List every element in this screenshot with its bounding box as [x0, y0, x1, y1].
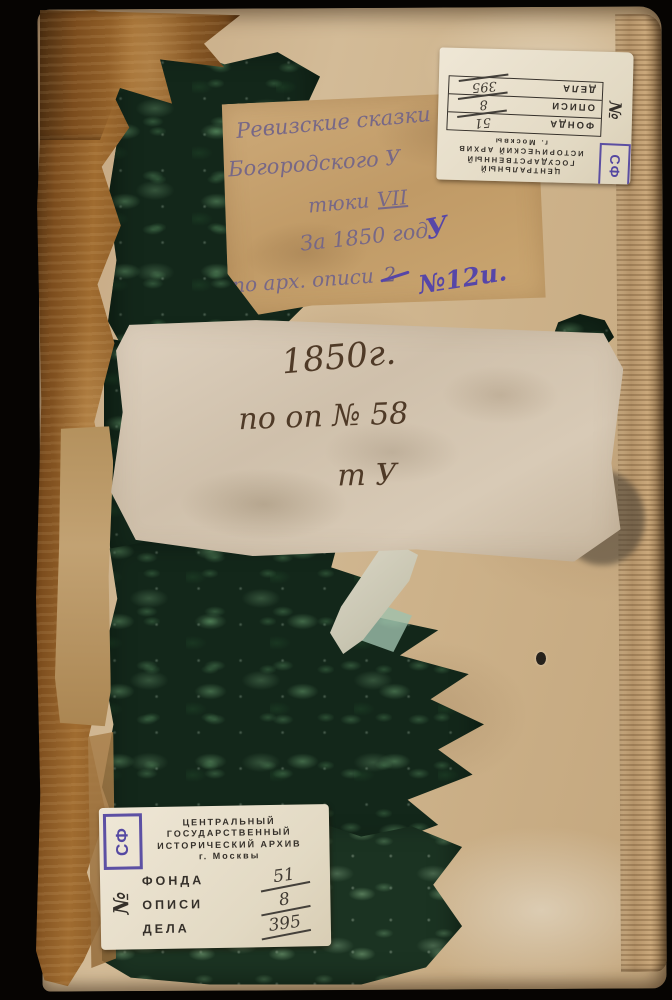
archive-book-photo: Ревизские сказки Богородского У тюкиVII … [0, 0, 672, 1000]
sf-purple-box-stamp: СФ [103, 813, 143, 870]
year-line: 1850г. [280, 333, 398, 383]
volume-numeral: VII [376, 185, 408, 212]
sf-code: СФ [606, 154, 623, 179]
fond-value: 51 [461, 114, 504, 132]
delo-value: 395 [263, 911, 307, 937]
opis-line: по оп № 58 [238, 396, 409, 437]
archive-org-name: ЦЕНТРАЛЬНЫЙ ГОСУДАРСТВЕННЫЙ ИСТОРИЧЕСКИЙ… [138, 815, 321, 863]
title-line-3-word: тюки [307, 188, 370, 217]
title-line-1: Ревизские сказки [235, 102, 431, 143]
title-line-2: Богородского У [227, 146, 401, 182]
stamp-field-table: ФОНДА 51 ОПИСИ 8 ДЕЛА 395 [134, 863, 322, 938]
numero-sign: № [604, 101, 625, 120]
field-opis: ОПИСИ 8 [134, 887, 322, 914]
fond-label: ФОНДА [142, 873, 205, 888]
archive-stamp-paper-bottom: СФ ЦЕНТРАЛЬНЫЙ ГОСУДАРСТВЕННЫЙ ИСТОРИЧЕС… [99, 804, 331, 950]
stamp-fields: № ФОНДА 51 ОПИСИ 8 ДЕЛА 395 [109, 863, 322, 939]
sf-purple-box-stamp: СФ [598, 143, 631, 185]
opis-label: ОПИСИ [142, 897, 203, 912]
title-line-4: За 1850 год [299, 218, 430, 255]
archive-stamp-bottom: СФ ЦЕНТРАЛЬНЫЙ ГОСУДАРСТВЕННЫЙ ИСТОРИЧЕС… [99, 804, 331, 950]
title-line-5-text: по арх. описи [231, 264, 374, 298]
title-line-3: тюкиVII [307, 185, 408, 218]
opis-value: 8 [262, 887, 306, 913]
archive-stamp-top: СФ ЦЕНТРАЛЬНЫЙ ГОСУДАРСТВЕННЫЙ ИСТОРИЧЕС… [436, 47, 633, 184]
delo-label: ДЕЛА [561, 83, 596, 96]
crossed-out-number: 2 [383, 262, 397, 287]
archive-stamp-paper-top: СФ ЦЕНТРАЛЬНЫЙ ГОСУДАРСТВЕННЫЙ ИСТОРИЧЕС… [436, 47, 633, 184]
fond-value: 51 [262, 863, 306, 889]
field-delo: ДЕЛА 395 [134, 911, 322, 938]
stamp-field-table: ФОНДА 51 ОПИСИ 8 ДЕЛА 395 [446, 76, 603, 138]
archive-org-name: ЦЕНТРАЛЬНЫЙ ГОСУДАРСТВЕННЫЙ ИСТОРИЧЕСКИЙ… [445, 134, 596, 178]
tom-line: т У [337, 457, 397, 493]
field-fond: ФОНДА 51 [134, 863, 322, 890]
purple-correction: У [422, 209, 451, 246]
fond-label: ФОНДА [548, 118, 594, 131]
nail-hole [536, 652, 546, 665]
numero-sign: № [108, 891, 133, 914]
delo-label: ДЕЛА [143, 921, 190, 936]
sf-code: СФ [113, 827, 133, 856]
purple-note: №12и. [416, 257, 508, 300]
opis-label: ОПИСИ [550, 100, 595, 113]
spine-paper-strip [54, 426, 113, 727]
stamp-fields: № ФОНДА 51 ОПИСИ 8 ДЕЛА 395 [446, 76, 624, 139]
handwritten-year-label: 1850г. по оп № 58 т У [110, 318, 624, 563]
title-line-5: по арх. описи2 [231, 262, 397, 297]
